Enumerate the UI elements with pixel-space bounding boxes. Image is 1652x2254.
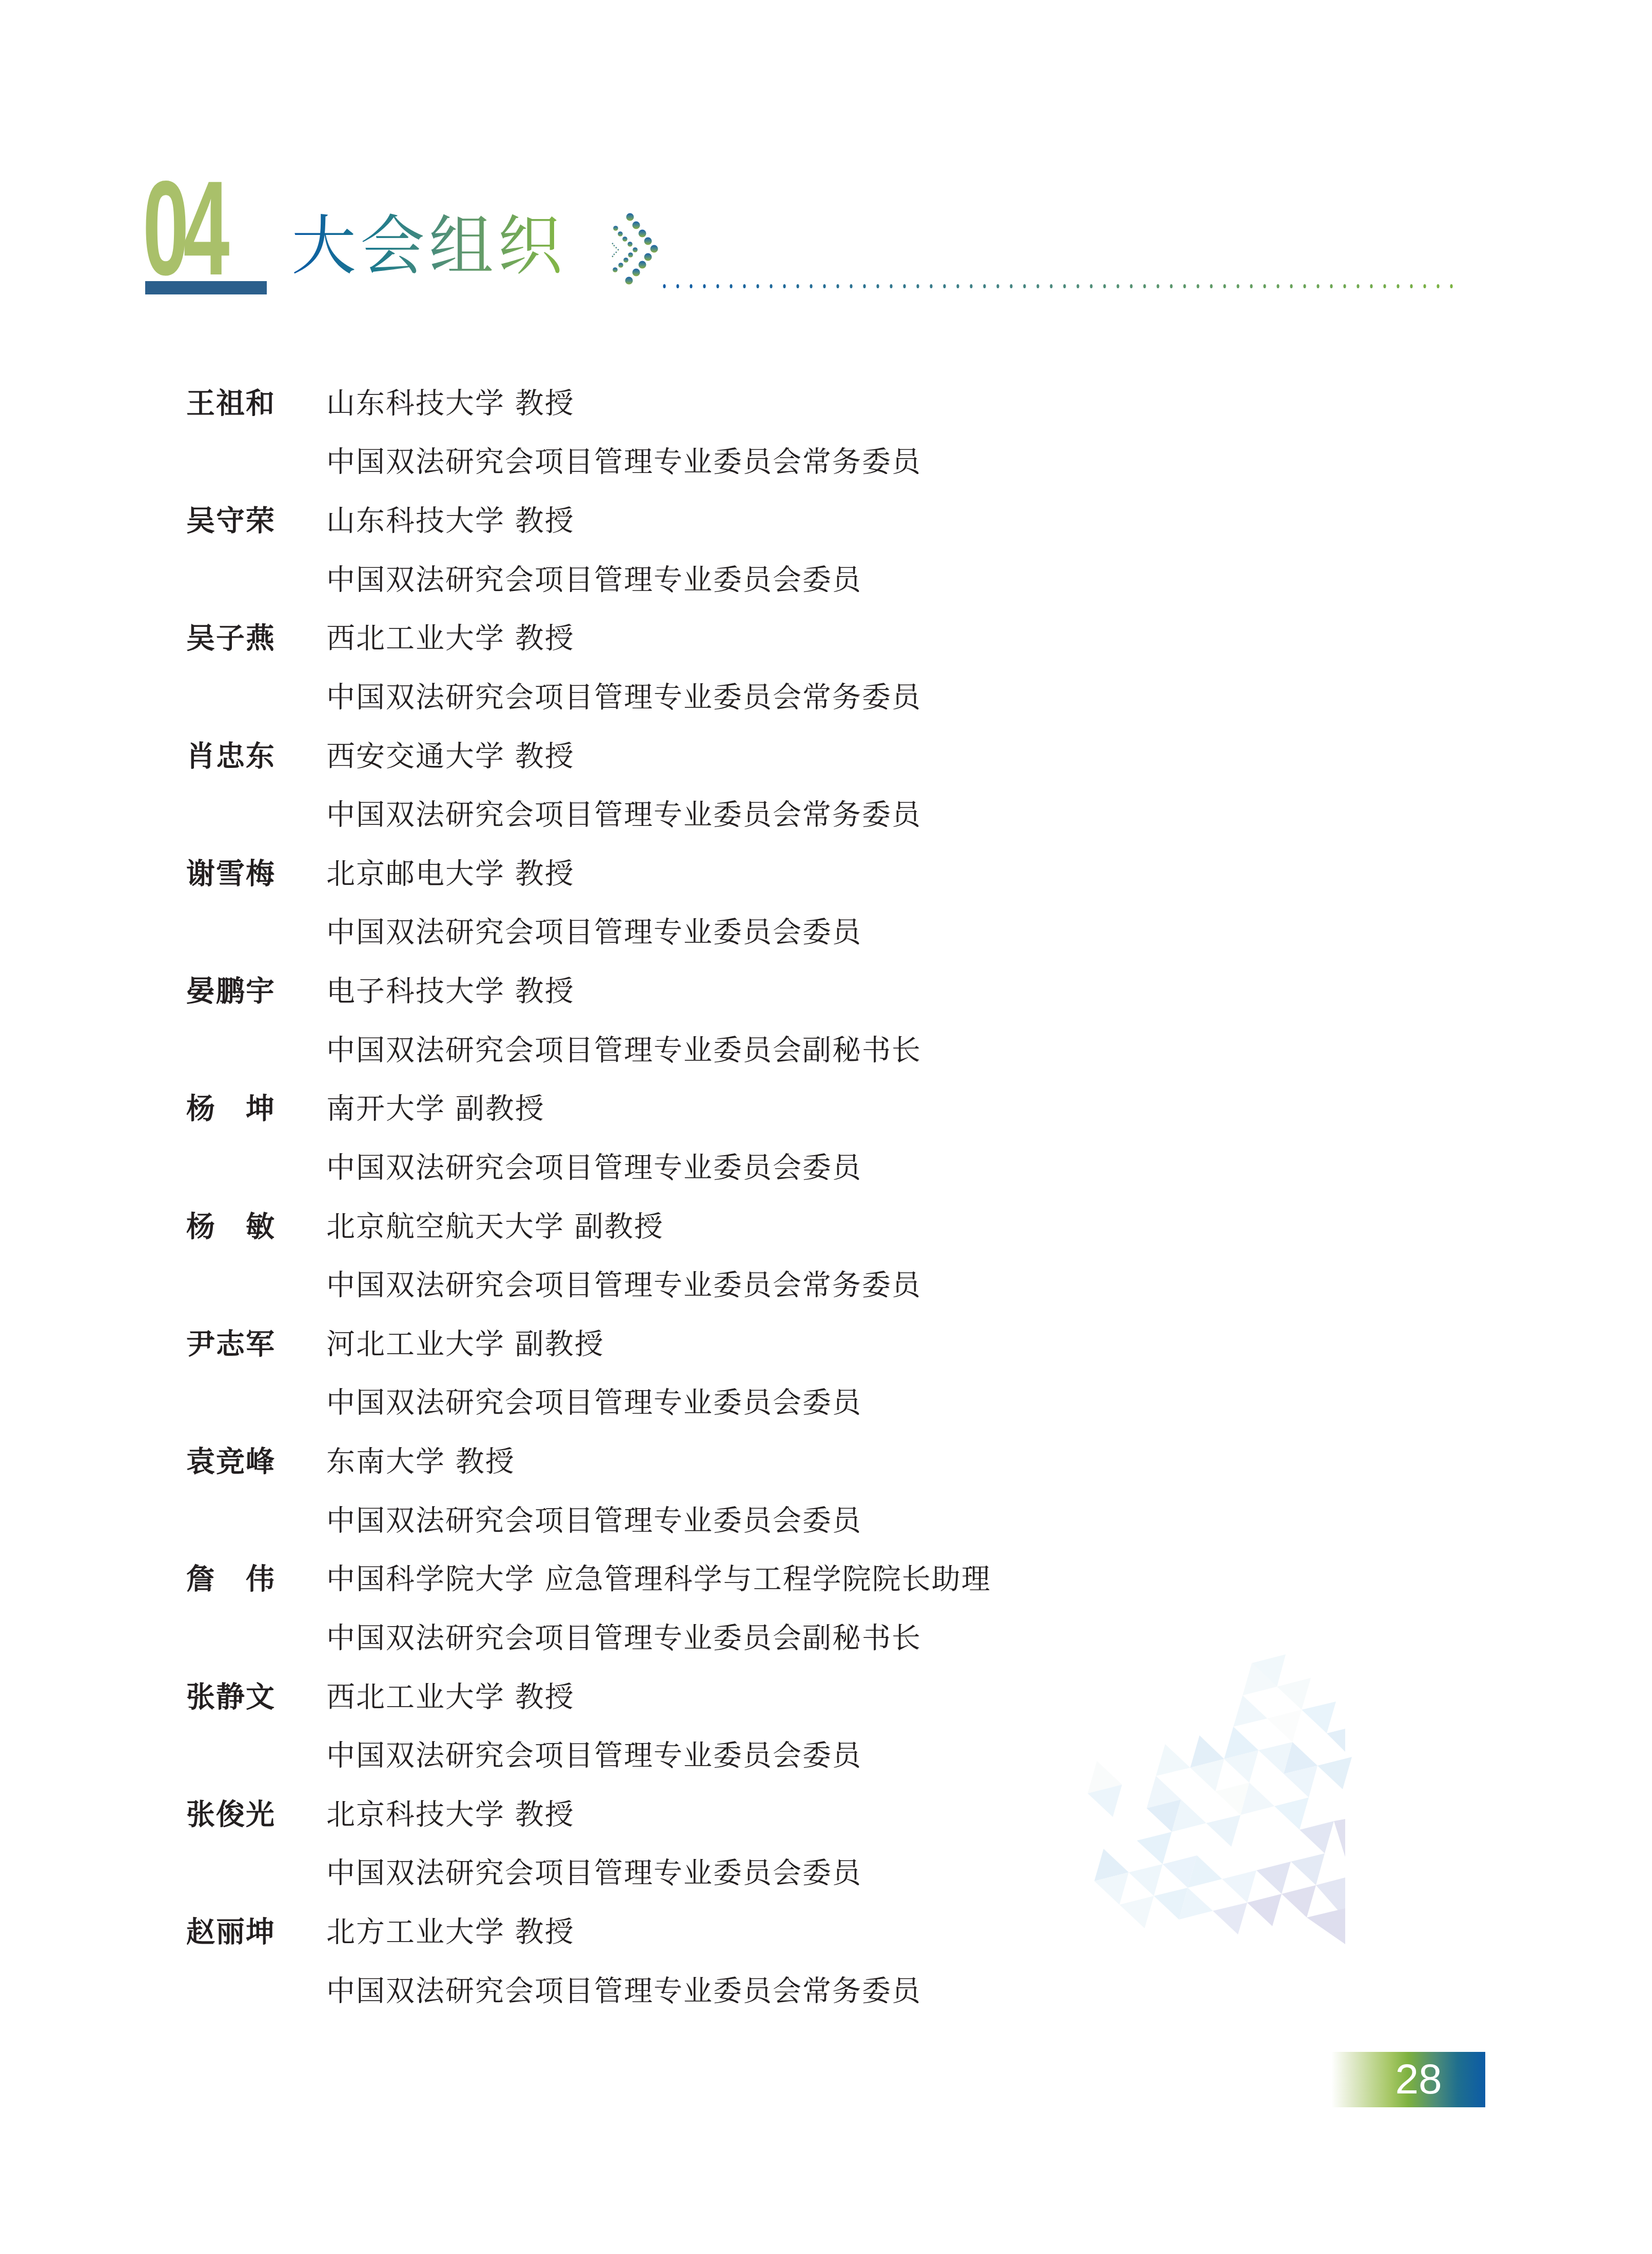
member-role: 中国双法研究会项目管理专业委员会委员 (326, 1738, 862, 1774)
member-name: 肖忠东 (186, 739, 276, 775)
member-name: 晏鹏宇 (186, 974, 276, 1010)
member-affiliation: 山东科技大学 教授 (326, 503, 575, 539)
member-role: 中国双法研究会项目管理专业委员会副秘书长 (326, 1620, 921, 1656)
member-name: 袁竞峰 (186, 1444, 276, 1480)
member-name: 谢雪梅 (186, 856, 276, 892)
member-name: 吴守荣 (186, 503, 276, 539)
member-role: 中国双法研究会项目管理专业委员会委员 (326, 1855, 862, 1891)
member-affiliation: 西安交通大学 教授 (326, 739, 575, 775)
member-affiliation: 东南大学 教授 (326, 1444, 515, 1480)
member-name: 张静文 (186, 1679, 276, 1715)
member-name: 张俊光 (186, 1797, 276, 1833)
member-affiliation: 中国科学院大学 应急管理科学与工程学院院长助理 (326, 1561, 991, 1597)
member-affiliation: 河北工业大学 副教授 (326, 1327, 604, 1362)
member-affiliation: 南开大学 副教授 (326, 1091, 545, 1127)
member-role: 中国双法研究会项目管理专业委员会委员 (326, 1385, 862, 1421)
member-name: 詹 伟 (186, 1561, 276, 1597)
section-number: 04 (143, 174, 221, 282)
member-role: 中国双法研究会项目管理专业委员会常务委员 (326, 680, 921, 716)
member-role: 中国双法研究会项目管理专业委员会委员 (326, 1503, 862, 1539)
triangle-pattern-decoration (1077, 1642, 1652, 2254)
member-role: 中国双法研究会项目管理专业委员会常务委员 (326, 797, 921, 833)
page-title: 大会组织 (291, 208, 566, 285)
member-affiliation: 山东科技大学 教授 (326, 386, 575, 422)
member-name: 杨 坤 (186, 1091, 276, 1127)
dotted-chevron-arrow-icon (599, 208, 661, 285)
dotted-divider (662, 284, 1463, 289)
member-role: 中国双法研究会项目管理专业委员会委员 (326, 915, 862, 951)
member-affiliation: 北京航空航天大学 副教授 (326, 1209, 664, 1245)
member-affiliation: 北京邮电大学 教授 (326, 856, 575, 892)
member-name: 王祖和 (186, 386, 276, 422)
member-role: 中国双法研究会项目管理专业委员会常务委员 (326, 1268, 921, 1303)
section-number-underline (145, 281, 267, 294)
member-affiliation: 西北工业大学 教授 (326, 1679, 575, 1715)
member-role: 中国双法研究会项目管理专业委员会常务委员 (326, 1973, 921, 2009)
member-affiliation: 西北工业大学 教授 (326, 621, 575, 657)
member-name: 杨 敏 (186, 1209, 276, 1245)
member-name: 赵丽坤 (186, 1914, 276, 1950)
member-role: 中国双法研究会项目管理专业委员会委员 (326, 1150, 862, 1186)
page-number-badge: 28 (1331, 2052, 1485, 2107)
member-role: 中国双法研究会项目管理专业委员会副秘书长 (326, 1033, 921, 1069)
member-role: 中国双法研究会项目管理专业委员会委员 (326, 562, 862, 598)
member-role: 中国双法研究会项目管理专业委员会常务委员 (326, 444, 921, 480)
member-name: 尹志军 (186, 1327, 276, 1362)
member-affiliation: 电子科技大学 教授 (326, 974, 575, 1010)
member-name: 吴子燕 (186, 621, 276, 657)
member-affiliation: 北方工业大学 教授 (326, 1914, 575, 1950)
member-affiliation: 北京科技大学 教授 (326, 1797, 575, 1833)
